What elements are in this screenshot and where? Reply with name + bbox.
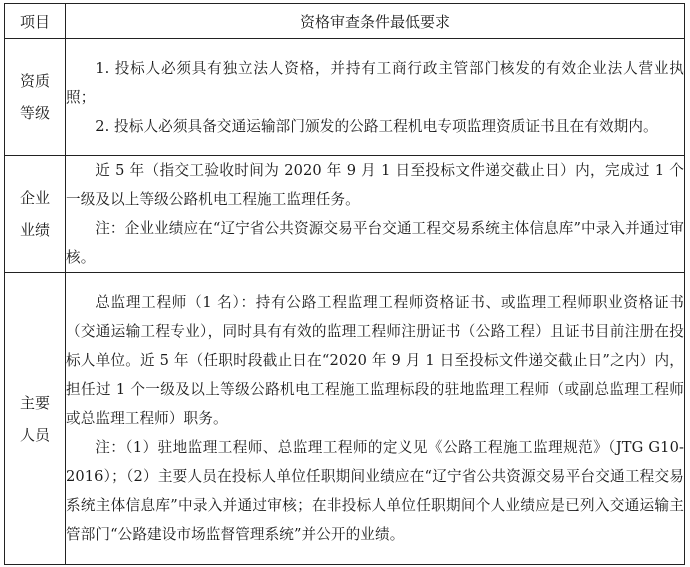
paragraph: 近 5 年（指交工验收时间为 2020 年 9 月 1 日至投标文件递交截止日）… xyxy=(66,156,684,214)
row-content: 总监理工程师（1 名）：持有公路工程监理工程师资格证书、或监理工程师职业资格证书… xyxy=(66,273,685,565)
row-label-line: 企业 xyxy=(5,182,65,214)
row-label: 资质 等级 xyxy=(5,39,66,156)
requirements-table: 项目 资格审查条件最低要求 资质 等级 1. 投标人必须具有独立法人资格，并持有… xyxy=(4,3,685,565)
row-label: 企业 业绩 xyxy=(5,156,66,273)
paragraph: 2. 投标人必须具备交通运输部门颁发的公路工程机电专项监理资质证书且在有效期内。 xyxy=(66,112,684,141)
row-label-line: 资质 xyxy=(5,65,65,97)
paragraph: 注：（1）驻地监理工程师、总监理工程师的定义见《公路工程施工监理规范》（JTG … xyxy=(66,433,684,549)
row-label-line: 人员 xyxy=(5,419,65,451)
row-label-line: 主要 xyxy=(5,387,65,419)
paragraph: 注：企业业绩应在“辽宁省公共资源交易平台交通工程交易系统主体信息库”中录入并通过… xyxy=(66,214,684,272)
table-row-performance: 企业 业绩 近 5 年（指交工验收时间为 2020 年 9 月 1 日至投标文件… xyxy=(5,156,685,273)
paragraph: 1. 投标人必须具有独立法人资格，并持有工商行政主管部门核发的有效企业法人营业执… xyxy=(66,54,684,112)
row-content: 1. 投标人必须具有独立法人资格，并持有工商行政主管部门核发的有效企业法人营业执… xyxy=(66,39,685,156)
table-row-personnel: 主要 人员 总监理工程师（1 名）：持有公路工程监理工程师资格证书、或监理工程师… xyxy=(5,273,685,565)
table-row-qualification: 资质 等级 1. 投标人必须具有独立法人资格，并持有工商行政主管部门核发的有效企… xyxy=(5,39,685,156)
row-label-line: 等级 xyxy=(5,97,65,129)
row-content: 近 5 年（指交工验收时间为 2020 年 9 月 1 日至投标文件递交截止日）… xyxy=(66,156,685,273)
paragraph: 总监理工程师（1 名）：持有公路工程监理工程师资格证书、或监理工程师职业资格证书… xyxy=(66,288,684,433)
header-row: 项目 资格审查条件最低要求 xyxy=(5,4,685,39)
header-item: 项目 xyxy=(5,4,66,39)
row-label: 主要 人员 xyxy=(5,273,66,565)
header-requirements: 资格审查条件最低要求 xyxy=(66,4,685,39)
row-label-line: 业绩 xyxy=(5,214,65,246)
